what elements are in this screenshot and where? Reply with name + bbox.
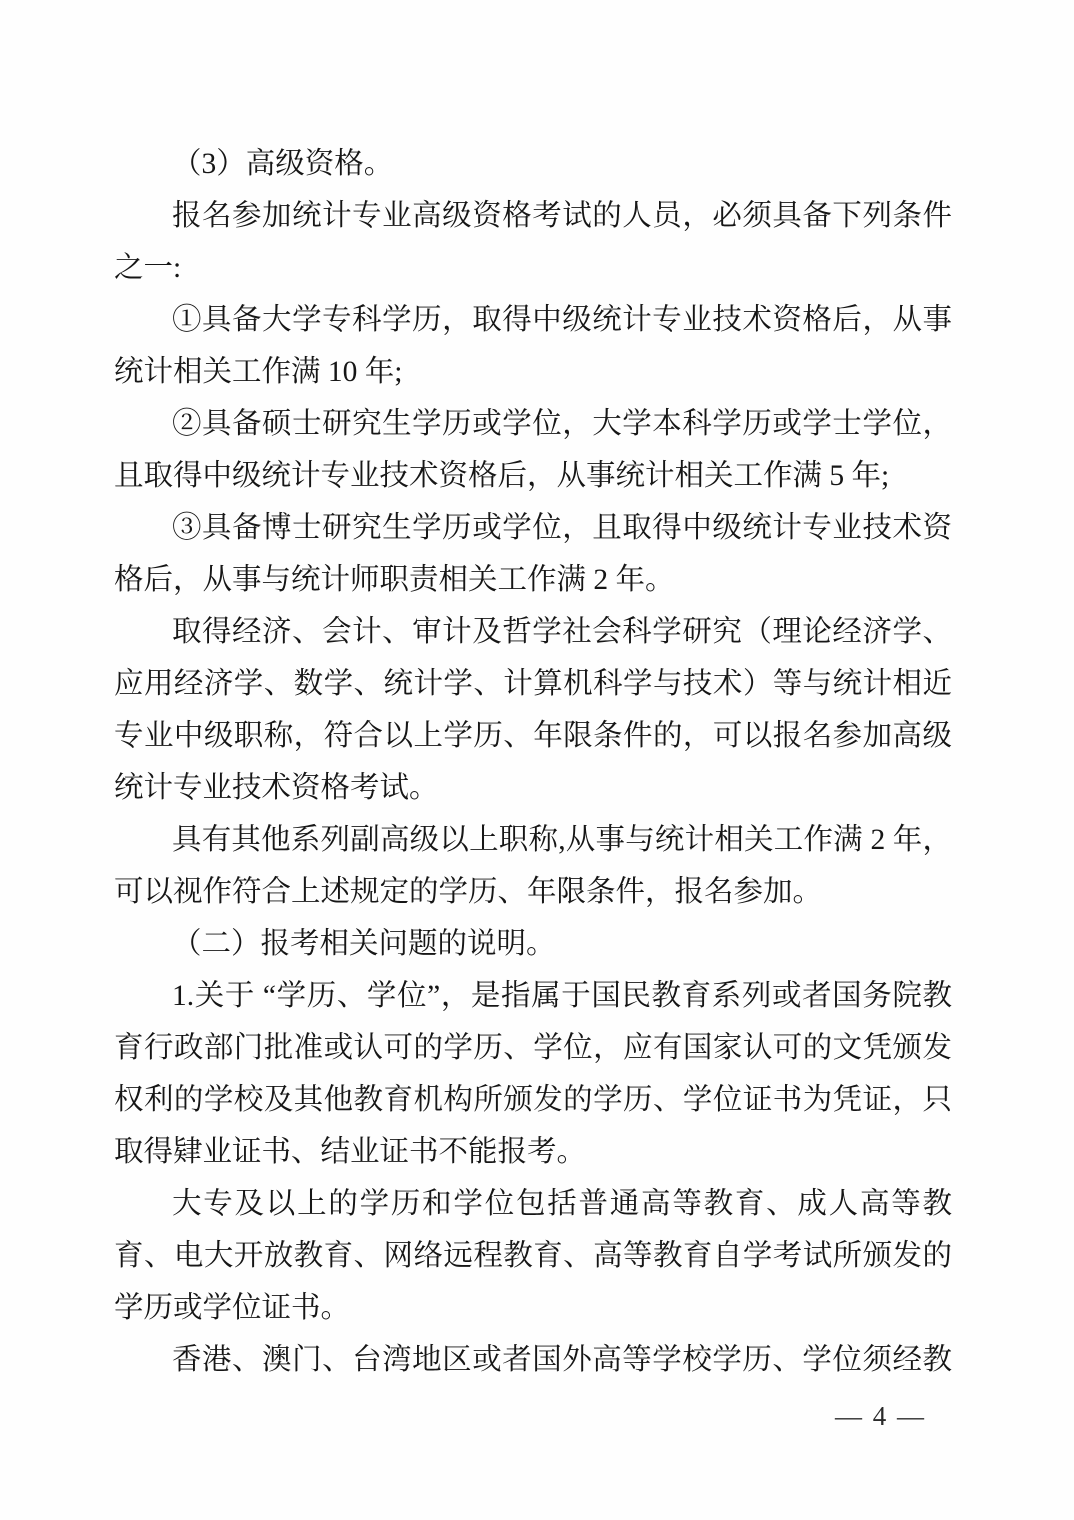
- text-line: 取得经济、会计、审计及哲学社会科学研究（理论经济学、: [114, 606, 952, 658]
- text-line: （3）高级资格。: [114, 138, 952, 190]
- document-page: （3）高级资格。报名参加统计专业高级资格考试的人员，必须具备下列条件之一:①具备…: [0, 0, 1074, 1520]
- text-line: ③具备博士研究生学历或学位，且取得中级统计专业技术资: [114, 502, 952, 554]
- text-line: （二）报考相关问题的说明。: [114, 918, 952, 970]
- text-line: 1.关于 “学历、学位”，是指属于国民教育系列或者国务院教: [114, 970, 952, 1022]
- text-line: 统计专业技术资格考试。: [114, 762, 952, 814]
- text-line: 具有其他系列副高级以上职称,从事与统计相关工作满 2 年，: [114, 814, 952, 866]
- text-line: 可以视作符合上述规定的学历、年限条件，报名参加。: [114, 866, 952, 918]
- document-body: （3）高级资格。报名参加统计专业高级资格考试的人员，必须具备下列条件之一:①具备…: [114, 138, 952, 1386]
- text-line: 之一:: [114, 242, 952, 294]
- text-line: 大专及以上的学历和学位包括普通高等教育、成人高等教: [114, 1178, 952, 1230]
- text-line: ①具备大学专科学历，取得中级统计专业技术资格后，从事: [114, 294, 952, 346]
- text-line: 学历或学位证书。: [114, 1282, 952, 1334]
- text-line: 香港、澳门、台湾地区或者国外高等学校学历、学位须经教: [114, 1334, 952, 1386]
- text-line: 权利的学校及其他教育机构所颁发的学历、学位证书为凭证，只: [114, 1074, 952, 1126]
- text-line: 育、电大开放教育、网络远程教育、高等教育自学考试所颁发的: [114, 1230, 952, 1282]
- text-line: ②具备硕士研究生学历或学位，大学本科学历或学士学位，: [114, 398, 952, 450]
- page-number: — 4 —: [835, 1398, 926, 1434]
- text-line: 取得肄业证书、结业证书不能报考。: [114, 1126, 952, 1178]
- text-line: 应用经济学、数学、统计学、计算机科学与技术）等与统计相近: [114, 658, 952, 710]
- text-line: 且取得中级统计专业技术资格后，从事统计相关工作满 5 年;: [114, 450, 952, 502]
- text-line: 专业中级职称，符合以上学历、年限条件的，可以报名参加高级: [114, 710, 952, 762]
- text-line: 格后，从事与统计师职责相关工作满 2 年。: [114, 554, 952, 606]
- text-line: 育行政部门批准或认可的学历、学位，应有国家认可的文凭颁发: [114, 1022, 952, 1074]
- text-line: 统计相关工作满 10 年;: [114, 346, 952, 398]
- text-line: 报名参加统计专业高级资格考试的人员，必须具备下列条件: [114, 190, 952, 242]
